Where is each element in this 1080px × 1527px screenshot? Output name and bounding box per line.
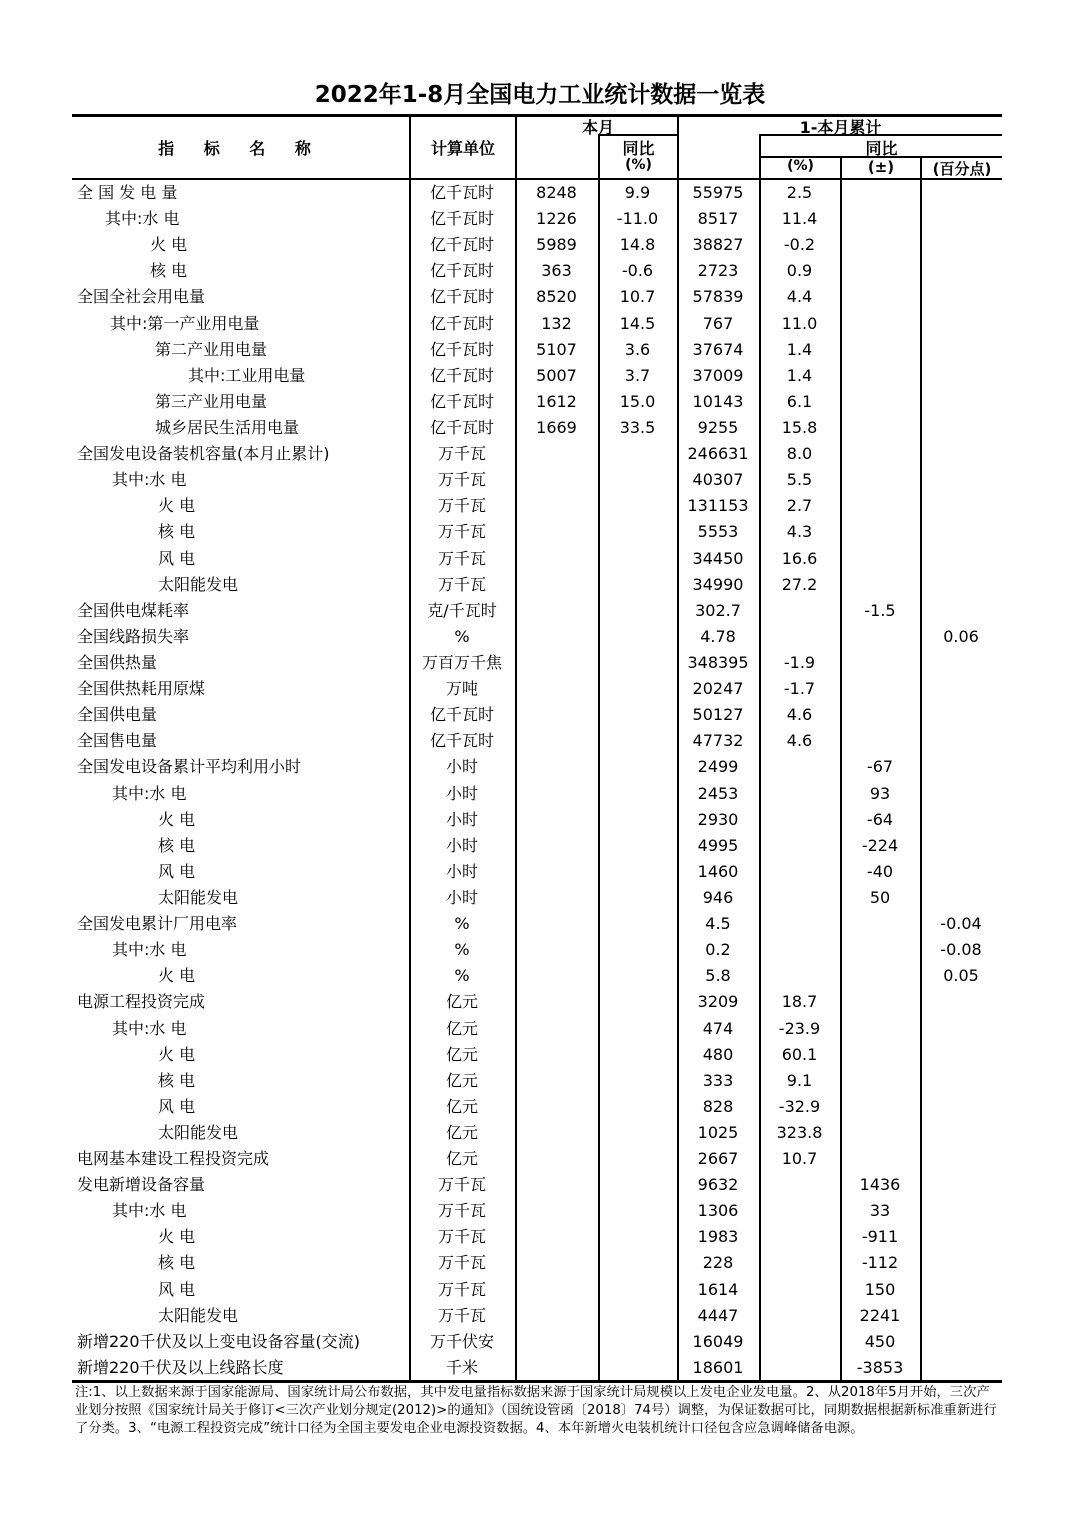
table-row: 火 电万千瓦1311532.7 [72, 493, 1002, 519]
table-row: 其中:水 电万千瓦403075.5 [72, 467, 1002, 493]
unit-cell: 万千瓦 [409, 546, 515, 572]
cumulative-value: 474 [677, 1016, 759, 1042]
cumulative-yoy-pp [920, 1120, 1002, 1146]
month-value [515, 1172, 598, 1198]
indicator-name: 全国发电累计厂用电率 [72, 911, 414, 937]
month-value [515, 1198, 598, 1224]
unit-cell: 亿千瓦时 [409, 232, 515, 258]
table-row: 其中:水 电亿元474-23.9 [72, 1016, 1002, 1042]
unit-cell: 万千瓦 [409, 1224, 515, 1250]
month-yoy [598, 963, 677, 989]
month-yoy: 14.5 [598, 311, 677, 337]
cumulative-yoy-pm: -1.5 [840, 598, 920, 624]
cumulative-yoy-pp [920, 441, 1002, 467]
header-unit: 计算单位 [411, 136, 515, 159]
cumulative-yoy-pm: -40 [840, 859, 920, 885]
table-row: 全国发电累计厂用电率%4.5-0.04 [72, 911, 1002, 937]
table-row: 其中:工业用电量亿千瓦时50073.7370091.4 [72, 363, 1002, 389]
cumulative-yoy-pm: 150 [840, 1277, 920, 1303]
cumulative-value: 10143 [677, 389, 759, 415]
month-value: 363 [515, 258, 598, 284]
cumulative-yoy-pm [840, 1094, 920, 1120]
cumulative-yoy-pp [920, 1042, 1002, 1068]
month-value [515, 572, 598, 598]
cumulative-yoy-pm: 450 [840, 1329, 920, 1355]
month-yoy [598, 1329, 677, 1355]
cumulative-value: 37674 [677, 337, 759, 363]
indicator-name: 其中:水 电 [72, 206, 442, 232]
cumulative-value: 1460 [677, 859, 759, 885]
unit-cell: 克/千瓦时 [409, 598, 515, 624]
unit-cell: 小时 [409, 807, 515, 833]
unit-cell: 亿千瓦时 [409, 311, 515, 337]
table-row: 第二产业用电量亿千瓦时51073.6376741.4 [72, 337, 1002, 363]
cumulative-yoy-pct [759, 1355, 840, 1381]
unit-cell: 亿千瓦时 [409, 415, 515, 441]
month-value [515, 859, 598, 885]
table-row: 全国供电煤耗率克/千瓦时302.7-1.5 [72, 598, 1002, 624]
cumulative-yoy-pct: 4.6 [759, 728, 840, 754]
month-value [515, 1224, 598, 1250]
cumulative-value: 5.8 [677, 963, 759, 989]
month-value [515, 1120, 598, 1146]
cumulative-yoy-pp [920, 754, 1002, 780]
month-yoy [598, 702, 677, 728]
cumulative-value: 2723 [677, 258, 759, 284]
cumulative-value: 20247 [677, 676, 759, 702]
cumulative-yoy-pct: -1.7 [759, 676, 840, 702]
month-yoy: 3.6 [598, 337, 677, 363]
month-yoy [598, 1016, 677, 1042]
month-yoy [598, 1146, 677, 1172]
cumulative-yoy-pp [920, 180, 1002, 206]
month-value [515, 963, 598, 989]
month-value [515, 807, 598, 833]
unit-cell: 万千瓦 [409, 1172, 515, 1198]
cumulative-yoy-pct: -23.9 [759, 1016, 840, 1042]
month-value [515, 676, 598, 702]
cumulative-value: 228 [677, 1250, 759, 1276]
table-row: 全国发电设备累计平均利用小时小时2499-67 [72, 754, 1002, 780]
month-yoy [598, 546, 677, 572]
unit-cell: 万吨 [409, 676, 515, 702]
month-yoy [598, 598, 677, 624]
cumulative-yoy-pp [920, 1303, 1002, 1329]
cumulative-yoy-pct: 323.8 [759, 1120, 840, 1146]
cumulative-yoy-pct: 9.1 [759, 1068, 840, 1094]
cumulative-yoy-pct: -32.9 [759, 1094, 840, 1120]
cumulative-yoy-pp [920, 989, 1002, 1015]
cumulative-yoy-pm [840, 1146, 920, 1172]
month-yoy [598, 441, 677, 467]
indicator-name: 其中:水 电 [72, 781, 449, 807]
month-value: 5989 [515, 232, 598, 258]
month-value [515, 546, 598, 572]
month-value: 5007 [515, 363, 598, 389]
month-value: 8248 [515, 180, 598, 206]
table-row: 全国供电量亿千瓦时501274.6 [72, 702, 1002, 728]
cumulative-yoy-pct [759, 911, 840, 937]
month-yoy [598, 754, 677, 780]
cumulative-yoy-pm: -112 [840, 1250, 920, 1276]
indicator-name: 其中:水 电 [72, 1198, 449, 1224]
cumulative-value: 1306 [677, 1198, 759, 1224]
month-yoy [598, 1198, 677, 1224]
page-title: 2022年1-8月全国电力工业统计数据一览表 [0, 76, 1080, 109]
indicator-name: 其中:水 电 [72, 937, 449, 963]
cumulative-yoy-pp [920, 676, 1002, 702]
table-row: 第三产业用电量亿千瓦时161215.0101436.1 [72, 389, 1002, 415]
unit-cell: % [409, 624, 515, 650]
cumulative-yoy-pct: 5.5 [759, 467, 840, 493]
unit-cell: 万千瓦 [409, 1303, 515, 1329]
month-yoy: -0.6 [598, 258, 677, 284]
month-yoy [598, 650, 677, 676]
cumulative-yoy-pct [759, 859, 840, 885]
cumulative-yoy-pp [920, 1224, 1002, 1250]
cumulative-yoy-pp [920, 1094, 1002, 1120]
table-row: 火 电亿元48060.1 [72, 1042, 1002, 1068]
cumulative-yoy-pp [920, 311, 1002, 337]
month-yoy: 15.0 [598, 389, 677, 415]
cumulative-yoy-pp [920, 1198, 1002, 1224]
cumulative-yoy-pp [920, 467, 1002, 493]
unit-cell: 亿千瓦时 [409, 702, 515, 728]
cumulative-yoy-pm [840, 1120, 920, 1146]
cumulative-yoy-pct [759, 1172, 840, 1198]
month-value [515, 1016, 598, 1042]
unit-cell: 万千瓦 [409, 1250, 515, 1276]
cumulative-value: 57839 [677, 284, 759, 310]
cumulative-yoy-pp: 0.06 [920, 624, 1002, 650]
indicator-name: 全国线路损失率 [72, 624, 414, 650]
month-value [515, 1250, 598, 1276]
unit-cell: 亿千瓦时 [409, 284, 515, 310]
cumulative-yoy-pct: 1.4 [759, 337, 840, 363]
cumulative-value: 246631 [677, 441, 759, 467]
cumulative-yoy-pm: -224 [840, 833, 920, 859]
cumulative-value: 34450 [677, 546, 759, 572]
unit-cell: 小时 [409, 781, 515, 807]
unit-cell: 万千瓦 [409, 1198, 515, 1224]
cumulative-yoy-pp: -0.08 [920, 937, 1002, 963]
cumulative-value: 47732 [677, 728, 759, 754]
month-yoy: 10.7 [598, 284, 677, 310]
cumulative-yoy-pp [920, 258, 1002, 284]
header-current-month: 本月 [517, 115, 679, 138]
cumulative-value: 2930 [677, 807, 759, 833]
month-value [515, 467, 598, 493]
unit-cell: 万百万千焦 [409, 650, 515, 676]
cumulative-yoy-pm [840, 493, 920, 519]
table-body: 全 国 发 电 量亿千瓦时82489.9559752.5其中:水 电亿千瓦时12… [72, 180, 1002, 1381]
month-value [515, 1355, 598, 1381]
cumulative-yoy-pct: 15.8 [759, 415, 840, 441]
month-yoy [598, 519, 677, 545]
month-value [515, 702, 598, 728]
indicator-name: 全国全社会用电量 [72, 284, 414, 310]
cumulative-yoy-pm [840, 911, 920, 937]
month-value: 1612 [515, 389, 598, 415]
cumulative-yoy-pp [920, 363, 1002, 389]
unit-cell: 万千瓦 [409, 519, 515, 545]
month-yoy [598, 1068, 677, 1094]
month-yoy: 3.7 [598, 363, 677, 389]
month-value: 5107 [515, 337, 598, 363]
cumulative-value: 131153 [677, 493, 759, 519]
cumulative-yoy-pp [920, 859, 1002, 885]
cumulative-yoy-pct [759, 1224, 840, 1250]
cumulative-value: 2667 [677, 1146, 759, 1172]
cumulative-yoy-pct [759, 1277, 840, 1303]
month-value [515, 650, 598, 676]
cumulative-yoy-pm [840, 572, 920, 598]
cumulative-yoy-pp: -0.04 [920, 911, 1002, 937]
cumulative-yoy-pct: -1.9 [759, 650, 840, 676]
cumulative-yoy-pp [920, 781, 1002, 807]
cumulative-value: 5553 [677, 519, 759, 545]
cumulative-yoy-pct: 16.6 [759, 546, 840, 572]
month-yoy [598, 1277, 677, 1303]
cumulative-yoy-pct [759, 624, 840, 650]
cumulative-yoy-pp [920, 833, 1002, 859]
table-row: 太阳能发电万千瓦3499027.2 [72, 572, 1002, 598]
unit-cell: 亿千瓦时 [409, 389, 515, 415]
table-header: 指 标 名 称 计算单位 本月 同比 (%) 1-本月累计 同比 (%) (±)… [72, 114, 1002, 180]
indicator-name: 全国供电量 [72, 702, 414, 728]
cumulative-yoy-pm: 1436 [840, 1172, 920, 1198]
cumulative-value: 8517 [677, 206, 759, 232]
cumulative-value: 40307 [677, 467, 759, 493]
month-value [515, 624, 598, 650]
unit-cell: 亿元 [409, 1042, 515, 1068]
cumulative-yoy-pm: 2241 [840, 1303, 920, 1329]
month-value: 1226 [515, 206, 598, 232]
month-value [515, 1303, 598, 1329]
table-row: 全国售电量亿千瓦时477324.6 [72, 728, 1002, 754]
month-yoy [598, 1094, 677, 1120]
cumulative-yoy-pct [759, 937, 840, 963]
month-value [515, 441, 598, 467]
indicator-name: 全国发电设备装机容量(本月止累计) [72, 441, 414, 467]
indicator-name: 发电新增设备容量 [72, 1172, 414, 1198]
cumulative-yoy-pm [840, 728, 920, 754]
month-value: 1669 [515, 415, 598, 441]
month-value [515, 989, 598, 1015]
cumulative-yoy-pp [920, 572, 1002, 598]
unit-cell: 千米 [409, 1355, 515, 1381]
unit-cell: 小时 [409, 859, 515, 885]
cumulative-yoy-pm [840, 937, 920, 963]
table-row: 其中:水 电小时245393 [72, 781, 1002, 807]
cumulative-yoy-pm [840, 1068, 920, 1094]
month-yoy [598, 937, 677, 963]
cumulative-yoy-pm [840, 363, 920, 389]
month-value [515, 519, 598, 545]
cumulative-value: 4447 [677, 1303, 759, 1329]
month-yoy [598, 833, 677, 859]
cumulative-yoy-pp [920, 284, 1002, 310]
month-yoy [598, 1120, 677, 1146]
cumulative-yoy-pm [840, 702, 920, 728]
cumulative-yoy-pm: -911 [840, 1224, 920, 1250]
month-value [515, 598, 598, 624]
table-row: 核 电小时4995-224 [72, 833, 1002, 859]
indicator-name: 新增220千伏及以上线路长度 [72, 1355, 414, 1381]
cumulative-yoy-pct: 60.1 [759, 1042, 840, 1068]
indicator-name: 全国发电设备累计平均利用小时 [72, 754, 414, 780]
month-value [515, 781, 598, 807]
cumulative-yoy-pm [840, 467, 920, 493]
cumulative-yoy-pm [840, 1042, 920, 1068]
month-value [515, 885, 598, 911]
table-row: 火 电万千瓦1983-911 [72, 1224, 1002, 1250]
cumulative-yoy-pm [840, 963, 920, 989]
cumulative-value: 1983 [677, 1224, 759, 1250]
table-row: 风 电万千瓦3445016.6 [72, 546, 1002, 572]
cumulative-yoy-pct: -0.2 [759, 232, 840, 258]
month-yoy: 9.9 [598, 180, 677, 206]
month-value [515, 1277, 598, 1303]
cumulative-yoy-pm [840, 650, 920, 676]
header-cumulative: 1-本月累计 [679, 115, 1002, 138]
cumulative-yoy-pm [840, 206, 920, 232]
indicator-name: 电网基本建设工程投资完成 [72, 1146, 414, 1172]
cumulative-yoy-pct: 18.7 [759, 989, 840, 1015]
month-yoy [598, 676, 677, 702]
cumulative-yoy-pp [920, 1172, 1002, 1198]
table-row: 太阳能发电万千瓦44472241 [72, 1303, 1002, 1329]
cumulative-yoy-pp [920, 1277, 1002, 1303]
month-yoy [598, 859, 677, 885]
month-yoy: -11.0 [598, 206, 677, 232]
cumulative-yoy-pp [920, 1146, 1002, 1172]
unit-cell: 小时 [409, 754, 515, 780]
month-yoy [598, 1250, 677, 1276]
cumulative-value: 50127 [677, 702, 759, 728]
cumulative-value: 9255 [677, 415, 759, 441]
cumulative-value: 34990 [677, 572, 759, 598]
cumulative-yoy-pp [920, 519, 1002, 545]
cumulative-yoy-pm [840, 389, 920, 415]
cumulative-value: 37009 [677, 363, 759, 389]
cumulative-yoy-pm [840, 284, 920, 310]
table-row: 其中:水 电亿千瓦时1226-11.0851711.4 [72, 206, 1002, 232]
month-value: 132 [515, 311, 598, 337]
cumulative-yoy-pm [840, 989, 920, 1015]
cumulative-yoy-pct: 4.3 [759, 519, 840, 545]
unit-cell: 亿千瓦时 [409, 337, 515, 363]
unit-cell: 亿元 [409, 1068, 515, 1094]
header-current-month-yoy: 同比 [600, 136, 677, 159]
cumulative-yoy-pp [920, 650, 1002, 676]
unit-cell: 万千瓦 [409, 1277, 515, 1303]
table-row: 太阳能发电小时94650 [72, 885, 1002, 911]
cumulative-value: 767 [677, 311, 759, 337]
cumulative-yoy-pm [840, 311, 920, 337]
month-value [515, 833, 598, 859]
unit-cell: 亿元 [409, 1146, 515, 1172]
month-value [515, 1329, 598, 1355]
month-yoy [598, 728, 677, 754]
month-value [515, 1146, 598, 1172]
cumulative-yoy-pm [840, 676, 920, 702]
cumulative-yoy-pct [759, 885, 840, 911]
cumulative-value: 0.2 [677, 937, 759, 963]
cumulative-yoy-pm [840, 258, 920, 284]
cumulative-value: 55975 [677, 180, 759, 206]
cumulative-yoy-pct [759, 963, 840, 989]
cumulative-yoy-pp [920, 546, 1002, 572]
cumulative-yoy-pm: 93 [840, 781, 920, 807]
cumulative-yoy-pp [920, 1016, 1002, 1042]
cumulative-yoy-pct: 10.7 [759, 1146, 840, 1172]
table-row: 其中:第一产业用电量亿千瓦时13214.576711.0 [72, 311, 1002, 337]
month-yoy [598, 781, 677, 807]
table-row: 全国供热量万百万千焦348395-1.9 [72, 650, 1002, 676]
cumulative-yoy-pp [920, 493, 1002, 519]
cumulative-yoy-pct: 6.1 [759, 389, 840, 415]
month-yoy [598, 989, 677, 1015]
table-row: 其中:水 电%0.2-0.08 [72, 937, 1002, 963]
cumulative-yoy-pp [920, 389, 1002, 415]
table-row: 风 电亿元828-32.9 [72, 1094, 1002, 1120]
month-yoy [598, 1355, 677, 1381]
month-yoy [598, 624, 677, 650]
unit-cell: 万千瓦 [409, 493, 515, 519]
cumulative-yoy-pp [920, 1355, 1002, 1381]
unit-cell: 亿千瓦时 [409, 258, 515, 284]
unit-cell: 亿千瓦时 [409, 363, 515, 389]
cumulative-yoy-pct: 1.4 [759, 363, 840, 389]
table-row: 核 电万千瓦55534.3 [72, 519, 1002, 545]
cumulative-yoy-pct: 0.9 [759, 258, 840, 284]
month-value [515, 1094, 598, 1120]
cumulative-yoy-pm: -3853 [840, 1355, 920, 1381]
unit-cell: 小时 [409, 833, 515, 859]
cumulative-yoy-pm [840, 1016, 920, 1042]
cumulative-value: 2453 [677, 781, 759, 807]
indicator-name: 全国供热耗用原煤 [72, 676, 414, 702]
cumulative-value: 333 [677, 1068, 759, 1094]
table-row: 全国线路损失率%4.780.06 [72, 624, 1002, 650]
cumulative-yoy-pct [759, 833, 840, 859]
cumulative-yoy-pct [759, 598, 840, 624]
indicator-name: 其中:水 电 [72, 1016, 449, 1042]
cumulative-yoy-pm: 50 [840, 885, 920, 911]
table-row: 电源工程投资完成亿元320918.7 [72, 989, 1002, 1015]
month-yoy: 33.5 [598, 415, 677, 441]
header-indicator: 指 标 名 称 [72, 136, 409, 159]
indicator-name: 电源工程投资完成 [72, 989, 414, 1015]
table-row: 全 国 发 电 量亿千瓦时82489.9559752.5 [72, 180, 1002, 206]
cumulative-yoy-pm [840, 180, 920, 206]
cumulative-yoy-pp [920, 702, 1002, 728]
cumulative-yoy-pct: 11.0 [759, 311, 840, 337]
table-row: 其中:水 电万千瓦130633 [72, 1198, 1002, 1224]
unit-cell: 亿千瓦时 [409, 180, 515, 206]
unit-cell: % [409, 911, 515, 937]
cumulative-yoy-pct [759, 1198, 840, 1224]
cumulative-yoy-pp [920, 1250, 1002, 1276]
indicator-name: 全国售电量 [72, 728, 414, 754]
month-value [515, 1042, 598, 1068]
cumulative-yoy-pct [759, 754, 840, 780]
unit-cell: 万千瓦 [409, 441, 515, 467]
table-row: 核 电万千瓦228-112 [72, 1250, 1002, 1276]
month-value [515, 911, 598, 937]
cumulative-value: 4.5 [677, 911, 759, 937]
